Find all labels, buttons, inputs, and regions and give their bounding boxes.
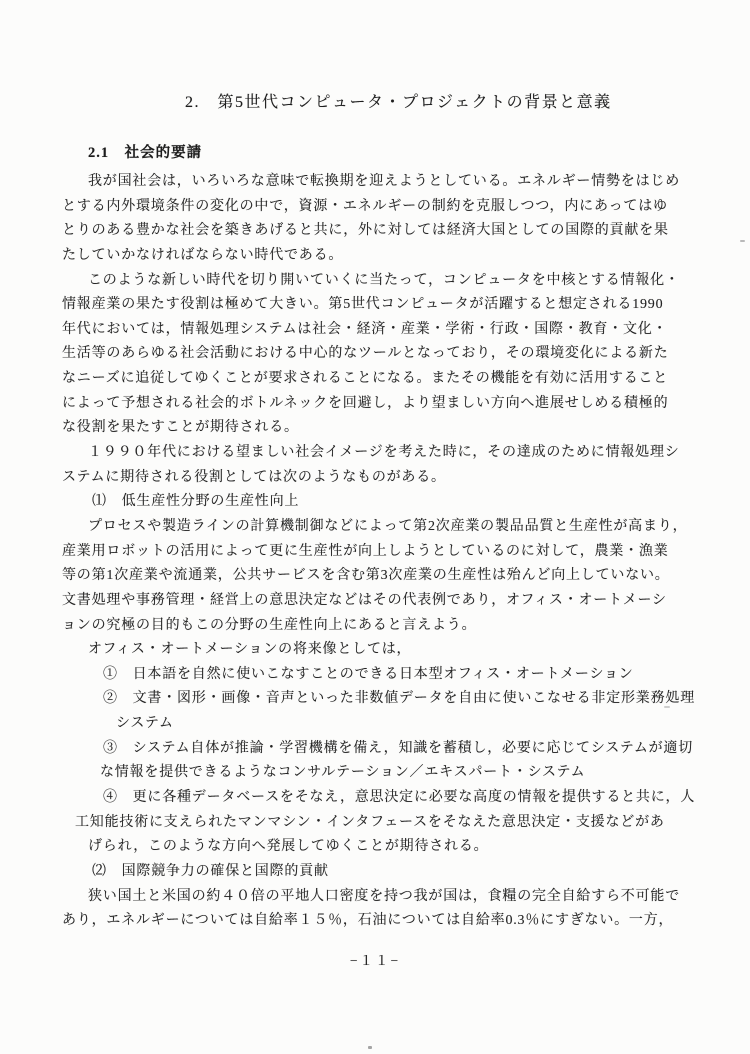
text-line: な情報を提供できるようなコンサルテーション／エキスパート・システム xyxy=(0,761,750,786)
text-line: とりのある豊かな社会を築きあげると共に，外に対しては経済大国としての国際的貢献を… xyxy=(0,219,750,244)
text-line: プロセスや製造ラインの計算機制御などによって第2次産業の製品品質と生産性が高まり… xyxy=(0,515,750,540)
text-line: 文書処理や事務管理・経営上の意思決定などはその代表例であり，オフィス・オートメー… xyxy=(0,589,750,614)
text-line: ステムに期待される役割としては次のようなものがある。 xyxy=(0,466,750,491)
text-line: とする内外環境条件の変化の中で，資源・エネルギーの制約を克服しつつ，内にあっては… xyxy=(0,195,750,220)
scan-speck xyxy=(368,1046,372,1049)
text-line: ③ システム自体が推論・学習機構を備え，知識を蓄積し，必要に応じてシステムが適切 xyxy=(0,737,750,762)
text-line: 我が国社会は，いろいろな意味で転換期を迎えようとしている。エネルギー情勢をはじめ xyxy=(0,170,750,195)
text-line: このような新しい時代を切り開いていくに当たって，コンピュータを中核とする情報化・ xyxy=(0,269,750,294)
text-line: 等の第1次産業や流通業，公共サービスを含む第3次産業の生産性は殆んど向上していな… xyxy=(0,564,750,589)
text-line: たしていかなければならない時代である。 xyxy=(0,244,750,269)
page-content: 2. 第5世代コンピュータ・プロジェクトの背景と意義 2.1 社会的要請 我が国… xyxy=(0,0,750,972)
chapter-title: 2. 第5世代コンピュータ・プロジェクトの背景と意義 xyxy=(0,88,750,118)
scan-speck xyxy=(740,240,745,242)
text-line: 生活等のあらゆる社会活動における中心的なツールとなっており，その環境変化による新… xyxy=(0,342,750,367)
text-line: システム xyxy=(0,712,750,737)
text-line: ④ 更に各種データベースをそなえ，意思決定に必要な高度の情報を提供すると共に，人 xyxy=(0,786,750,811)
text-line: 狭い国土と米国の約４０倍の平地人口密度を持つ我が国は，食糧の完全自給すら不可能で xyxy=(0,885,750,910)
document-page: 2. 第5世代コンピュータ・プロジェクトの背景と意義 2.1 社会的要請 我が国… xyxy=(0,0,750,1054)
text-line: げられ，このような方向へ発展してゆくことが期待される。 xyxy=(0,835,750,860)
text-line: ョンの究極の目的もこの分野の生産性向上にあると言えよう。 xyxy=(0,614,750,639)
text-line: 工知能技術に支えられたマンマシン・インタフェースをそなえた意思決定・支援などがあ xyxy=(0,811,750,836)
section-heading: 2.1 社会的要請 xyxy=(0,140,750,166)
text-line: な役割を果たすことが期待される。 xyxy=(0,416,750,441)
text-line: ⑴ 低生産性分野の生産性向上 xyxy=(0,490,750,515)
text-line: あり，エネルギーについては自給率１５％，石油については自給率0.3％にすぎない。… xyxy=(0,909,750,934)
text-line: ⑵ 国際競争力の確保と国際的貢献 xyxy=(0,860,750,885)
text-line: なニーズに追従してゆくことが要求されることになる。またその機能を有効に活用するこ… xyxy=(0,367,750,392)
text-line: １９９０年代における望ましい社会イメージを考えた時に，その達成のために情報処理シ xyxy=(0,441,750,466)
text-line: によって予想される社会的ボトルネックを回避し，より望ましい方向へ進展せしめる積極… xyxy=(0,392,750,417)
body-text: 我が国社会は，いろいろな意味で転換期を迎えようとしている。エネルギー情勢をはじめ… xyxy=(0,170,750,934)
text-line: ① 日本語を自然に使いこなすことのできる日本型オフィス・オートメーション xyxy=(0,663,750,688)
text-line: 年代においては，情報処理システムは社会・経済・産業・学術・行政・国際・教育・文化… xyxy=(0,318,750,343)
text-line: 情報産業の果たす役割は極めて大きい。第5世代コンピュータが活躍すると想定される1… xyxy=(0,293,750,318)
scan-speck xyxy=(664,706,670,708)
text-line: 産業用ロボットの活用によって更に生産性が向上しようとしているのに対して，農業・漁… xyxy=(0,540,750,565)
page-number: −１１− xyxy=(0,950,750,972)
text-line: ② 文書・図形・画像・音声といった非数値データを自由に使いこなせる非定形業務処理 xyxy=(0,687,750,712)
text-line: オフィス・オートメーションの将来像としては， xyxy=(0,638,750,663)
